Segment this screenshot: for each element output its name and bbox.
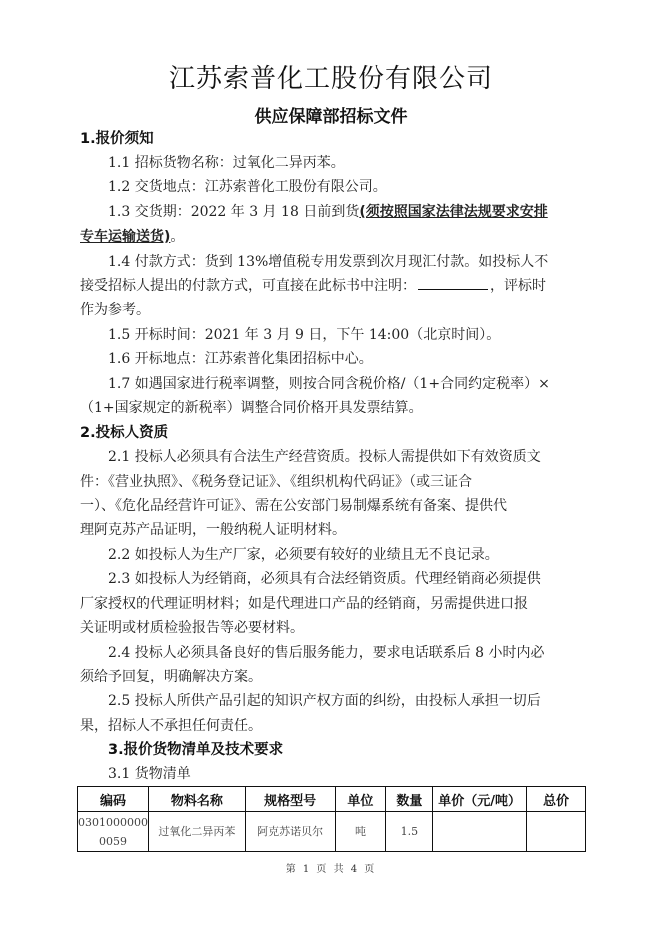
item-1-7-line1: 1.7 如遇国家进行税率调整，则按合同含税价格/（1+合同约定税率）× [80, 372, 614, 397]
item-1-3-prefix: 1.3 交货期：2022 年 3 月 18 日前到货 [108, 204, 359, 220]
item-1-4-text-b: ，评标时 [490, 278, 546, 294]
company-title: 江苏索普化工股份有限公司 [0, 58, 662, 95]
item-1-1: 1.1 招标货物名称：过氧化二异丙苯。 [80, 151, 614, 176]
table-header-row: 编码 物料名称 规格型号 单位 数量 单价（元/吨） 总价 [78, 787, 586, 812]
cell-material-name: 过氧化二异丙苯 [149, 812, 246, 852]
item-2-5-line2: 果，招标人不承担任何责任。 [80, 714, 586, 739]
item-2-2: 2.2 如投标人为生产厂家，必须要有较好的业绩且无不良记录。 [80, 543, 614, 568]
section-2-heading: 2.投标人资质 [80, 421, 586, 446]
item-3-1: 3.1 货物清单 [80, 762, 614, 787]
item-2-5-line1: 2.5 投标人所供产品引起的知识产权方面的纠纷，由投标人承担一切后 [80, 689, 614, 714]
item-1-4-text-a: 接受招标人提出的付款方式，可直接在此标书中注明： [80, 278, 416, 294]
document-page: 江苏索普化工股份有限公司 供应保障部招标文件 1.报价须知 1.1 招标货物名称… [0, 0, 662, 936]
item-1-3-underlined-note: (须按照国家法律法规要求安排 [359, 204, 547, 220]
item-1-3-underlined-note-cont: 专车运输送货) [80, 229, 170, 245]
item-2-3-line3: 关证明或材质检验报告等必要材料。 [80, 616, 586, 641]
payment-note-blank[interactable] [418, 275, 488, 290]
cell-code-line1: 0301000000 [78, 813, 148, 832]
item-1-3-line2: 专车运输送货)。 [80, 225, 586, 250]
item-2-1-line2: 件：《营业执照》、《税务登记证》、《组织机构代码证》（或三证合 [80, 470, 586, 495]
header-quantity: 数量 [386, 787, 433, 812]
item-1-6: 1.6 开标地点：江苏索普化集团招标中心。 [80, 347, 614, 372]
item-1-3-suffix: 。 [170, 229, 184, 245]
item-1-4-line1: 1.4 付款方式：货到 13%增值税专用发票到次月现汇付款。如投标人不 [80, 250, 614, 275]
header-unit: 单位 [335, 787, 386, 812]
item-2-3-line2: 厂家授权的代理证明材料；如是代理进口产品的经销商，另需提供进口报 [80, 592, 586, 617]
header-spec-model: 规格型号 [245, 787, 335, 812]
table-row: 0301000000 0059 过氧化二异丙苯 阿克苏诺贝尔 吨 1.5 [78, 812, 586, 852]
header-code: 编码 [78, 787, 149, 812]
item-2-3-line1: 2.3 如投标人为经销商，必须具有合法经销资质。代理经销商必须提供 [80, 567, 614, 592]
goods-table: 编码 物料名称 规格型号 单位 数量 单价（元/吨） 总价 0301000000… [77, 786, 586, 852]
item-1-5: 1.5 开标时间：2021 年 3 月 9 日，下午 14:00（北京时间）。 [80, 323, 614, 348]
cell-code: 0301000000 0059 [78, 812, 149, 852]
item-1-2: 1.2 交货地点：江苏索普化工股份有限公司。 [80, 175, 614, 200]
cell-quantity: 1.5 [386, 812, 433, 852]
item-1-3-line1: 1.3 交货期：2022 年 3 月 18 日前到货(须按照国家法律法规要求安排 [80, 200, 614, 225]
section-3-heading: 3.报价货物清单及技术要求 [80, 738, 614, 763]
header-material-name: 物料名称 [149, 787, 246, 812]
item-2-1-line3: 一）、《危化品经营许可证》、需在公安部门易制爆系统有备案、提供代 [80, 494, 586, 519]
document-subtitle: 供应保障部招标文件 [0, 102, 662, 127]
cell-spec-model: 阿克苏诺贝尔 [245, 812, 335, 852]
item-2-1-line4: 理阿克苏产品证明，一般纳税人证明材料。 [80, 518, 586, 543]
header-total-price: 总价 [527, 787, 586, 812]
section-1-heading: 1.报价须知 [80, 127, 586, 152]
cell-code-line2: 0059 [78, 832, 148, 851]
item-1-4-line2: 接受招标人提出的付款方式，可直接在此标书中注明：，评标时 [80, 274, 586, 299]
cell-total-price[interactable] [527, 812, 586, 852]
item-1-4-line3: 作为参考。 [80, 298, 586, 323]
item-2-1-line1: 2.1 投标人必须具有合法生产经营资质。投标人需提供如下有效资质文 [80, 445, 614, 470]
item-1-7-line2: （1+国家规定的新税率）调整合同价格开具发票结算。 [80, 396, 586, 421]
header-unit-price: 单价（元/吨） [433, 787, 527, 812]
cell-unit-price[interactable] [433, 812, 527, 852]
cell-unit: 吨 [335, 812, 386, 852]
item-2-4-line2: 须给予回复，明确解决方案。 [80, 665, 586, 690]
item-2-4-line1: 2.4 投标人必须具备良好的售后服务能力，要求电话联系后 8 小时内必 [80, 641, 614, 666]
page-footer: 第 1 页 共 4 页 [0, 860, 662, 875]
